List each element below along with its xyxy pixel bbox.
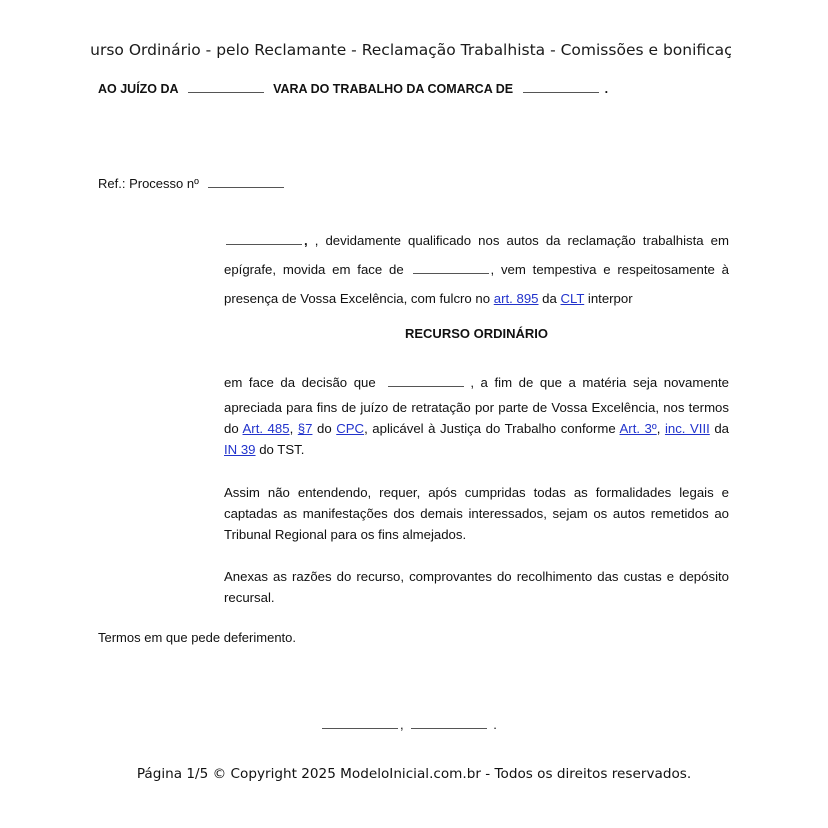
link-art-895[interactable]: art. 895 (494, 291, 539, 306)
attachments-paragraph: Anexas as razões do recurso, comprovante… (224, 566, 729, 608)
link-clt[interactable]: CLT (561, 291, 585, 306)
date-blank[interactable] (411, 717, 487, 729)
link-inc-viii[interactable]: inc. VIII (665, 421, 710, 436)
decision-text-applicable: , aplicável à Justiça do Trabalho confor… (364, 421, 616, 436)
intro-paragraph: , , devidamente qualificado nos autos da… (224, 226, 729, 313)
place-date-end: . (493, 717, 497, 732)
decision-paragraph: em face da decisão que , a fim de que a … (224, 368, 729, 460)
comarca-blank[interactable] (523, 81, 599, 93)
place-date-separator: , (400, 717, 404, 732)
decision-text-start: em face da decisão que (224, 375, 376, 390)
decision-text-do: do (317, 421, 332, 436)
process-number-blank[interactable] (208, 176, 284, 188)
page-footer: Página 1/5 © Copyright 2025 ModeloInicia… (0, 766, 828, 782)
intro-text-end: interpor (588, 291, 633, 306)
link-in-39[interactable]: IN 39 (224, 442, 256, 457)
link-par-7[interactable]: §7 (298, 421, 313, 436)
addressee-prefix: AO JUÍZO DA (98, 82, 178, 96)
place-blank[interactable] (322, 717, 398, 729)
link-cpc[interactable]: CPC (336, 421, 364, 436)
decision-text-end: do TST. (259, 442, 304, 457)
process-reference: Ref.: Processo nº (98, 176, 290, 191)
document-title-text: Recurso Ordinário - pelo Reclamante - Re… (91, 41, 731, 59)
respondent-name-blank[interactable] (413, 262, 489, 274)
request-paragraph: Assim não entendendo, requer, após cumpr… (224, 482, 729, 545)
decision-text-da: da (714, 421, 729, 436)
closing-text: Termos em que pede deferimento. (98, 630, 296, 645)
link-art-3[interactable]: Art. 3º (620, 421, 657, 436)
addressee-line: AO JUÍZO DA VARA DO TRABALHO DA COMARCA … (98, 81, 608, 96)
appellant-name-blank[interactable] (226, 233, 302, 245)
section-title: RECURSO ORDINÁRIO (224, 326, 729, 341)
addressee-suffix: . (605, 82, 608, 96)
decision-text-after: , a fim de que a matéria seja novamente (470, 375, 729, 390)
comma-bold: , (304, 233, 308, 248)
process-label: Ref.: Processo nº (98, 176, 199, 191)
place-date-line: , . (322, 717, 497, 732)
intro-text-da: da (542, 291, 557, 306)
addressee-middle: VARA DO TRABALHO DA COMARCA DE (273, 82, 513, 96)
vara-number-blank[interactable] (188, 81, 264, 93)
decision-blank[interactable] (388, 375, 464, 387)
document-title: Recurso Ordinário - pelo Reclamante - Re… (0, 41, 828, 63)
link-art-485[interactable]: Art. 485 (243, 421, 290, 436)
